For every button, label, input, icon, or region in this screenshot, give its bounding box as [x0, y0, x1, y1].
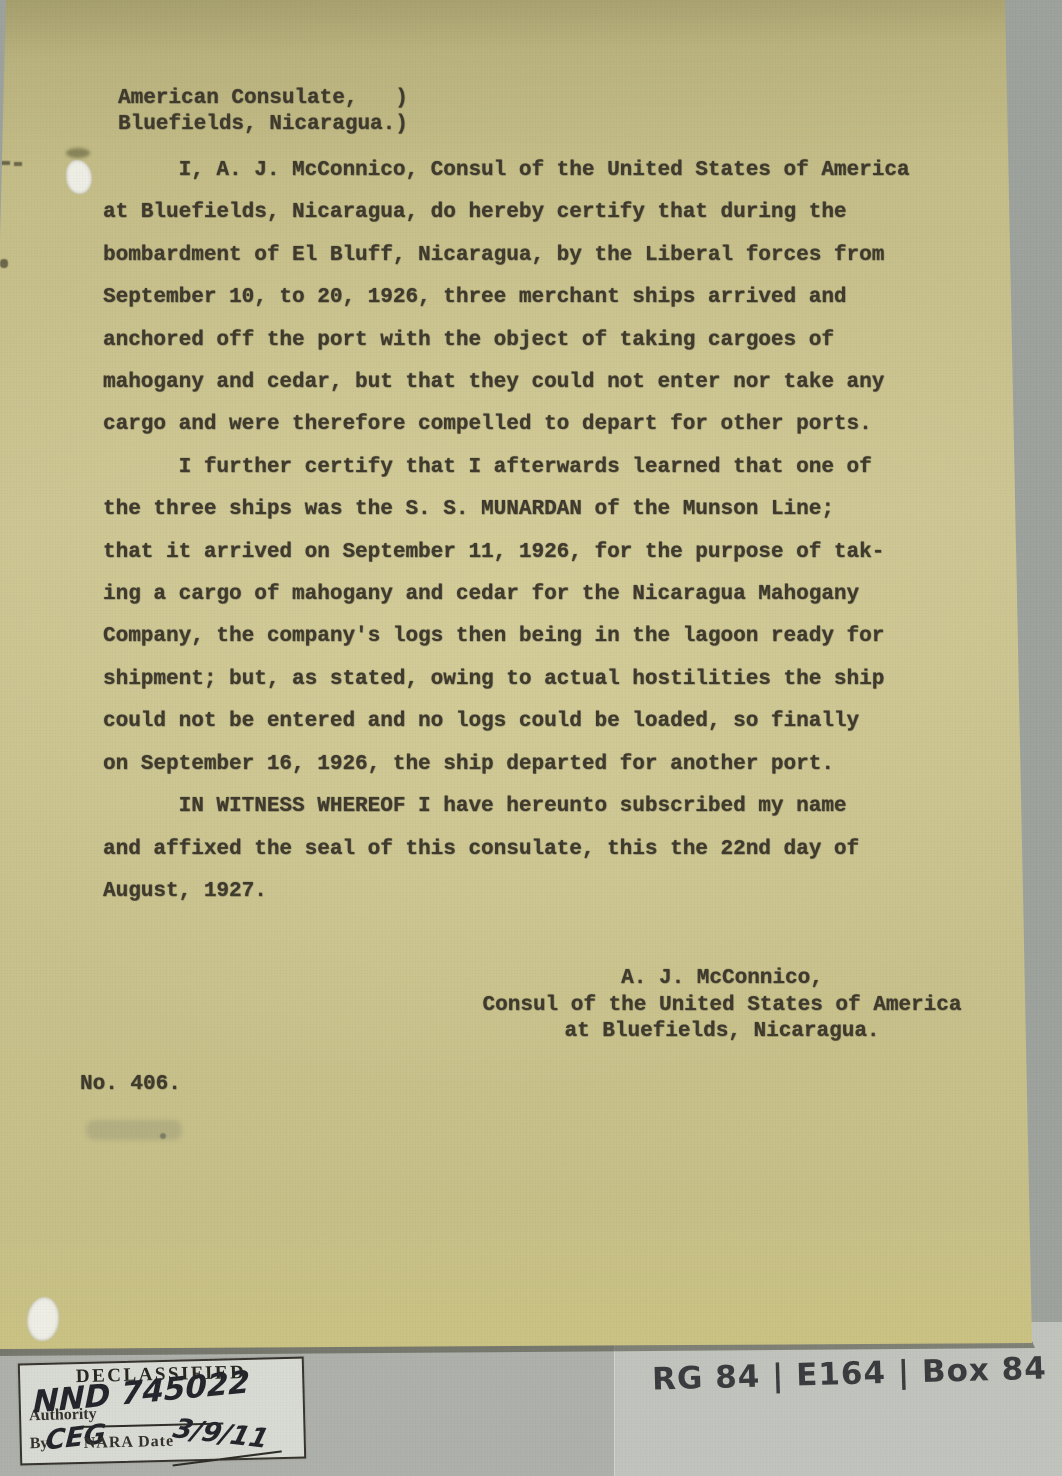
typed-line: and affixed the seal of this consulate, … [103, 829, 910, 871]
declassification-date-handwriting: 3/9/11 [170, 1413, 272, 1454]
signatory-title: Consul of the United States of America [461, 993, 983, 1020]
edge-mark [0, 259, 8, 268]
punch-hole-bottom [27, 1297, 59, 1341]
typed-line: that it arrived on September 11, 1926, f… [103, 532, 910, 574]
typed-line: the three ships was the S. S. MUNARDAN o… [103, 489, 910, 531]
signatory-name: A. J. McConnico, [461, 966, 983, 993]
typed-line: could not be entered and no logs could b… [103, 701, 910, 743]
consulate-name: American Consulate, ) [118, 86, 408, 112]
typed-line: cargo and were therefore compelled to de… [103, 404, 910, 446]
typed-line: mahogany and cedar, but that they could … [103, 362, 910, 404]
declassified-stamp: DECLASSIFIED Authority NND 745022 By CEG… [18, 1357, 306, 1466]
ink-smear [66, 148, 90, 158]
punch-hole-top [66, 160, 92, 194]
typed-line: August, 1927. [103, 871, 910, 913]
nara-date-label: NARA Date [84, 1433, 175, 1453]
typed-line: on September 16, 1926, the ship departed… [103, 744, 910, 786]
typed-line: at Bluefields, Nicaragua, do hereby cert… [103, 192, 910, 234]
ink-dot [160, 1133, 166, 1139]
edge-mark [14, 162, 22, 166]
document-paper: American Consulate, ) Bluefields, Nicara… [0, 0, 1062, 1476]
typed-line: anchored off the port with the object of… [103, 320, 910, 362]
scanned-document-page: American Consulate, ) Bluefields, Nicara… [0, 0, 1062, 1476]
edge-mark [0, 161, 10, 165]
typed-line: IN WITNESS WHEREOF I have hereunto subsc… [103, 786, 910, 828]
certificate-body: I, A. J. McConnico, Consul of the United… [103, 150, 910, 913]
typed-line: shipment; but, as stated, owing to actua… [103, 659, 910, 701]
signature-block: A. J. McConnico, Consul of the United St… [461, 966, 983, 1046]
typed-line: I, A. J. McConnico, Consul of the United… [103, 150, 910, 192]
letterhead: American Consulate, ) Bluefields, Nicara… [118, 86, 408, 138]
signatory-location: at Bluefields, Nicaragua. [461, 1019, 983, 1046]
typed-line: Company, the company's logs then being i… [103, 616, 910, 658]
typed-line: September 10, to 20, 1926, three merchan… [103, 277, 910, 319]
document-number: No. 406. [80, 1072, 181, 1098]
backing-sheet [614, 1322, 1062, 1476]
typed-line: I further certify that I afterwards lear… [103, 447, 910, 489]
typed-line: ing a cargo of mahogany and cedar for th… [103, 574, 910, 616]
consulate-location: Bluefields, Nicaragua.) [118, 112, 408, 138]
erased-text-smudge [86, 1120, 182, 1140]
typed-line: bombardment of El Bluff, Nicaragua, by t… [103, 235, 910, 277]
